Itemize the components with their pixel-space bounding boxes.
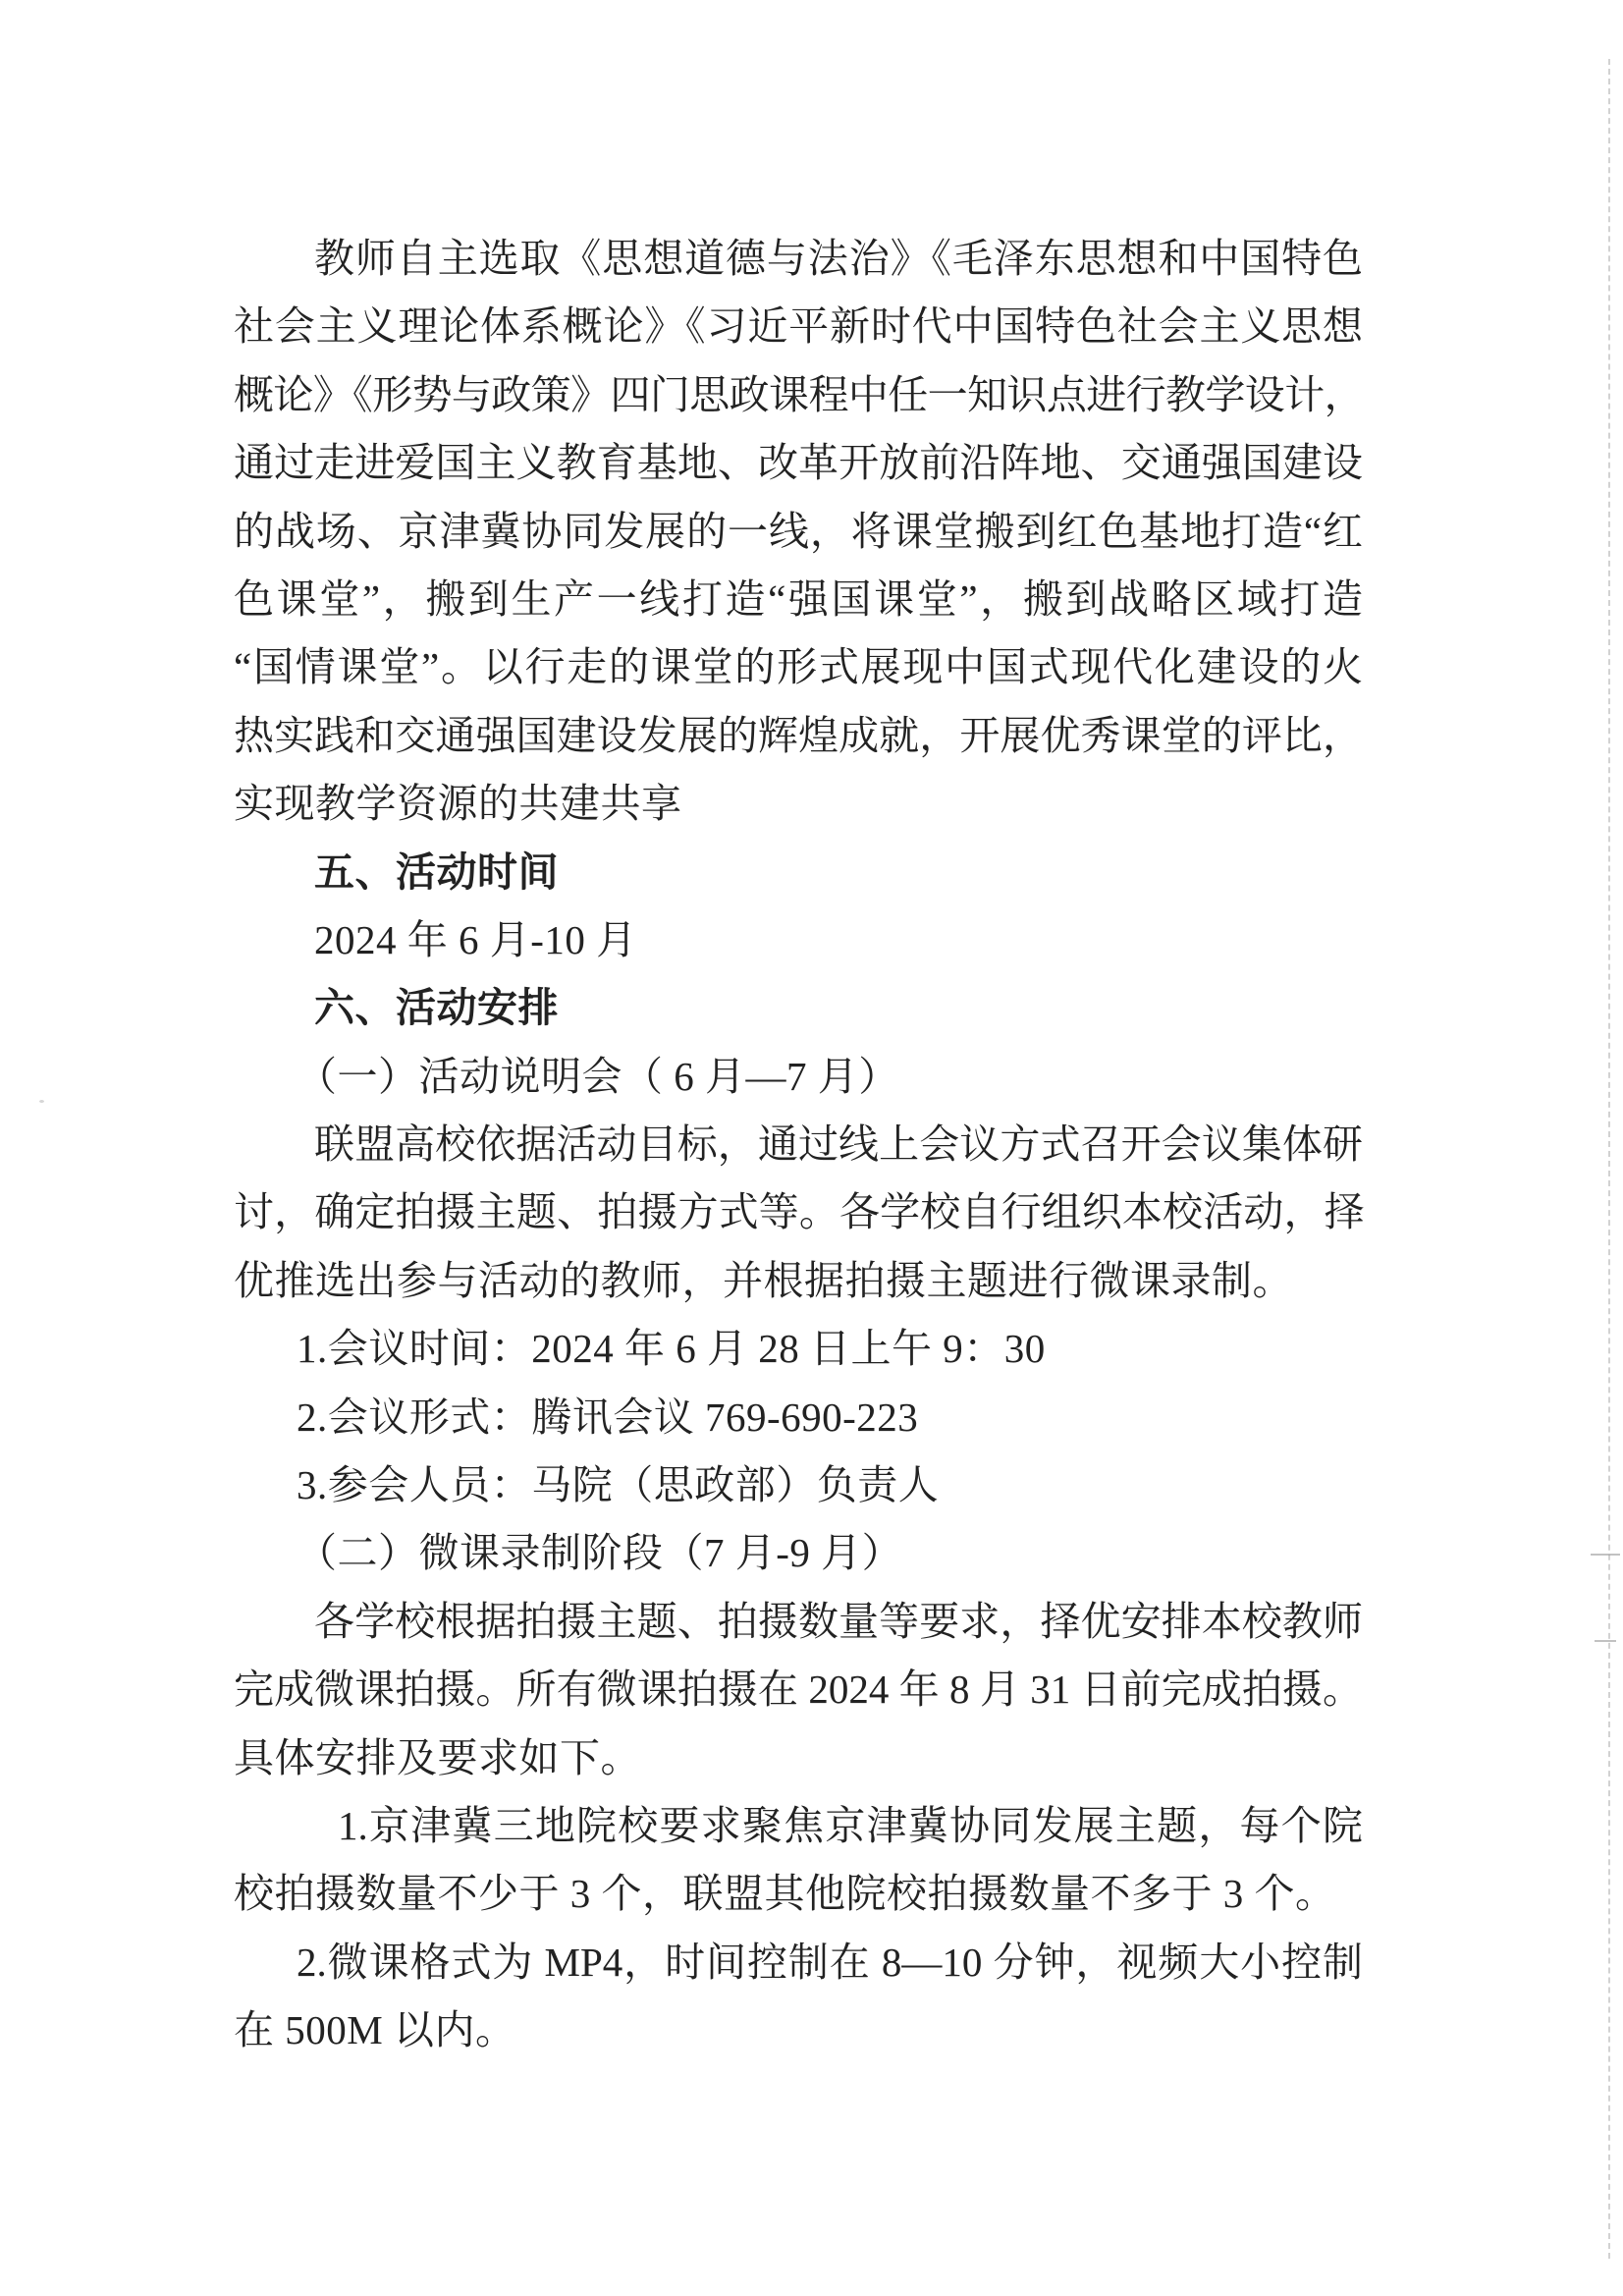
text-line: 通过走进爱国主义教育基地、改革开放前沿阵地、交通强国建设 xyxy=(234,429,1363,497)
text-line: 在 500M 以内。 xyxy=(234,1996,1363,2064)
requirement-2-item: 2.微课格式为 MP4，时间控制在 8—10 分钟，视频大小控制 xyxy=(234,1929,1363,1996)
scan-speck-artifact xyxy=(39,1100,44,1103)
scan-tick-artifact xyxy=(1591,1554,1620,1556)
scan-edge-artifact xyxy=(1608,59,1610,2259)
scanned-document-page: 教师自主选取《思想道德与法治》《毛泽东思想和中国特色 社会主义理论体系概论》《习… xyxy=(0,0,1623,2296)
text-line: 校拍摄数量不少于 3 个，联盟其他院校拍摄数量不多于 3 个。 xyxy=(234,1860,1363,1928)
text-line: 联盟高校依据活动目标，通过线上会议方式召开会议集体研 xyxy=(234,1111,1363,1178)
subsection-1-heading: （一）活动说明会（ 6 月—7 月） xyxy=(234,1043,1363,1111)
subsection-2-heading: （二）微课录制阶段（7 月-9 月） xyxy=(234,1519,1363,1587)
text-line: 具体安排及要求如下。 xyxy=(234,1724,1363,1792)
text-line: 讨，确定拍摄主题、拍摄方式等。各学校自行组织本校活动，择 xyxy=(234,1178,1363,1246)
section-5-heading: 五、活动时间 xyxy=(234,839,1363,906)
meeting-time-item: 1.会议时间：2024 年 6 月 28 日上午 9：30 xyxy=(234,1315,1363,1383)
text-line: 各学校根据拍摄主题、拍摄数量等要求，择优安排本校教师 xyxy=(234,1588,1363,1656)
scan-tick-artifact xyxy=(1595,1640,1616,1642)
text-line: 完成微课拍摄。所有微课拍摄在 2024 年 8 月 31 日前完成拍摄。 xyxy=(234,1656,1363,1723)
text-line: 社会主义理论体系概论》《习近平新时代中国特色社会主义思想 xyxy=(234,293,1363,360)
text-line: “国情课堂”。以行走的课堂的形式展现中国式现代化建设的火 xyxy=(234,633,1363,701)
requirement-1-item: 1.京津冀三地院校要求聚焦京津冀协同发展主题，每个院 xyxy=(234,1792,1363,1860)
meeting-attendees-item: 3.参会人员：马院（思政部）负责人 xyxy=(234,1451,1363,1519)
text-line: 概论》《形势与政策》四门思政课程中任一知识点进行教学设计， xyxy=(234,361,1363,429)
text-line: 优推选出参与活动的教师，并根据拍摄主题进行微课录制。 xyxy=(234,1247,1363,1315)
text-line: 色课堂”，搬到生产一线打造“强国课堂”，搬到战略区域打造 xyxy=(234,566,1363,633)
text-line: 教师自主选取《思想道德与法治》《毛泽东思想和中国特色 xyxy=(234,225,1363,293)
document-text-block: 教师自主选取《思想道德与法治》《毛泽东思想和中国特色 社会主义理论体系概论》《习… xyxy=(234,225,1363,2065)
text-line: 实现教学资源的共建共享 xyxy=(234,770,1363,838)
section-6-heading: 六、活动安排 xyxy=(234,974,1363,1042)
text-line: 的战场、京津冀协同发展的一线，将课堂搬到红色基地打造“红 xyxy=(234,498,1363,566)
activity-time-value: 2024 年 6 月-10 月 xyxy=(234,906,1363,974)
meeting-format-item: 2.会议形式：腾讯会议 769-690-223 xyxy=(234,1384,1363,1451)
text-line: 热实践和交通强国建设发展的辉煌成就，开展优秀课堂的评比， xyxy=(234,702,1363,770)
